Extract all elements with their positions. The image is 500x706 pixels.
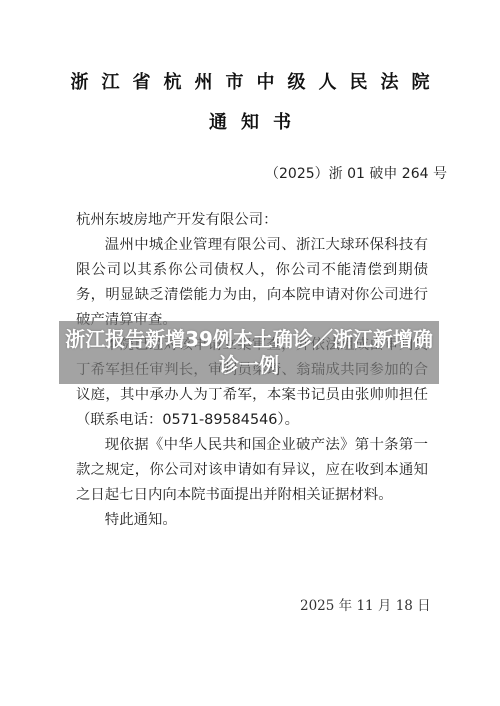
notice-document-page: 浙江省杭州市中级人民法院 通知书 （2025）浙 01 破申 264 号 杭州东… (0, 0, 500, 706)
court-name-heading: 浙江省杭州市中级人民法院 (0, 68, 500, 94)
paragraph-closing: 特此通知。 (76, 508, 428, 533)
case-number: （2025）浙 01 破申 264 号 (265, 163, 447, 183)
overlay-headline-text: 浙江报告新增39例本土确诊／浙江新增确诊一例 (59, 321, 439, 378)
addressee: 杭州东坡房地产开发有限公司： (76, 208, 428, 233)
paragraph-application: 温州中城企业管理有限公司、浙江大球环保科技有限公司以其系你公司债权人，你公司不能… (76, 233, 428, 333)
paragraph-legal-basis: 现依据《中华人民共和国企业破产法》第十条第一款之规定，你公司对该申请如有异议，应… (76, 433, 428, 508)
issue-date: 2025 年 11 月 18 日 (300, 594, 431, 614)
document-type-heading: 通知书 (0, 108, 500, 134)
